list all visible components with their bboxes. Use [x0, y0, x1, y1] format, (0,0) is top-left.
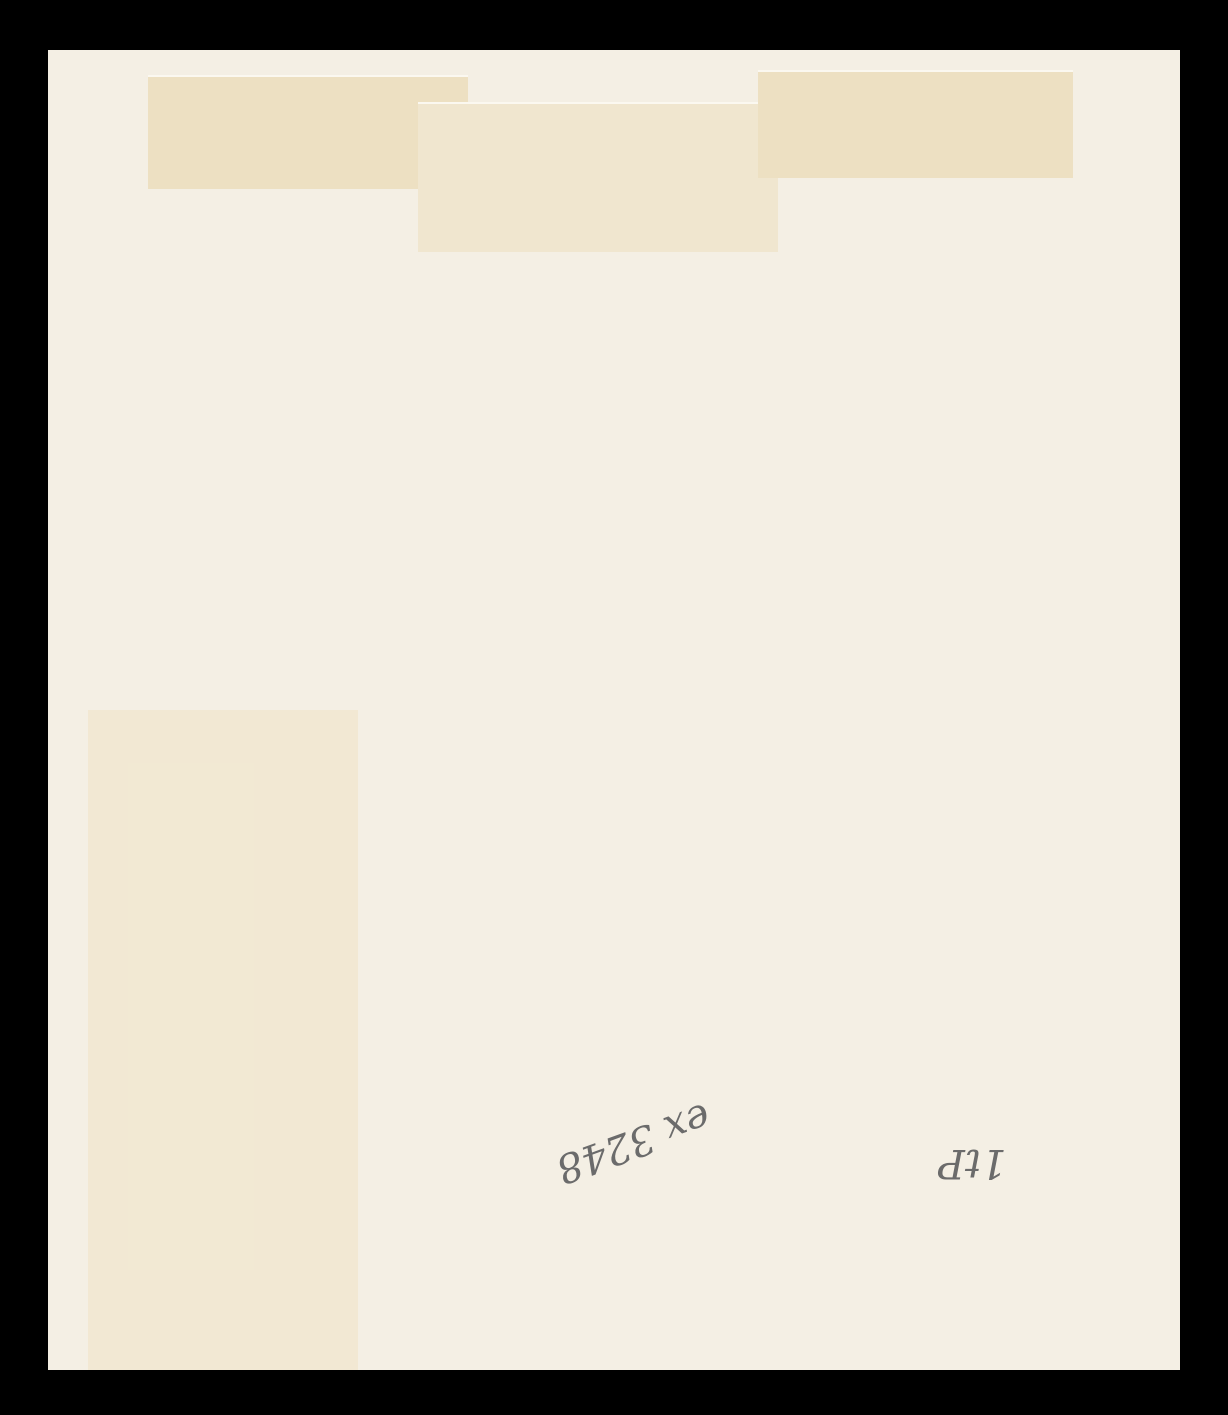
pencil-note-initials: 1tP [938, 1140, 1006, 1186]
pencil-note-ex: ex 3248 [550, 1094, 717, 1192]
paper-sheet: ex 3248 1tP [48, 50, 1180, 1370]
hinge-center [418, 102, 778, 252]
paper-stain [88, 710, 358, 1370]
hinge-right [758, 70, 1073, 178]
